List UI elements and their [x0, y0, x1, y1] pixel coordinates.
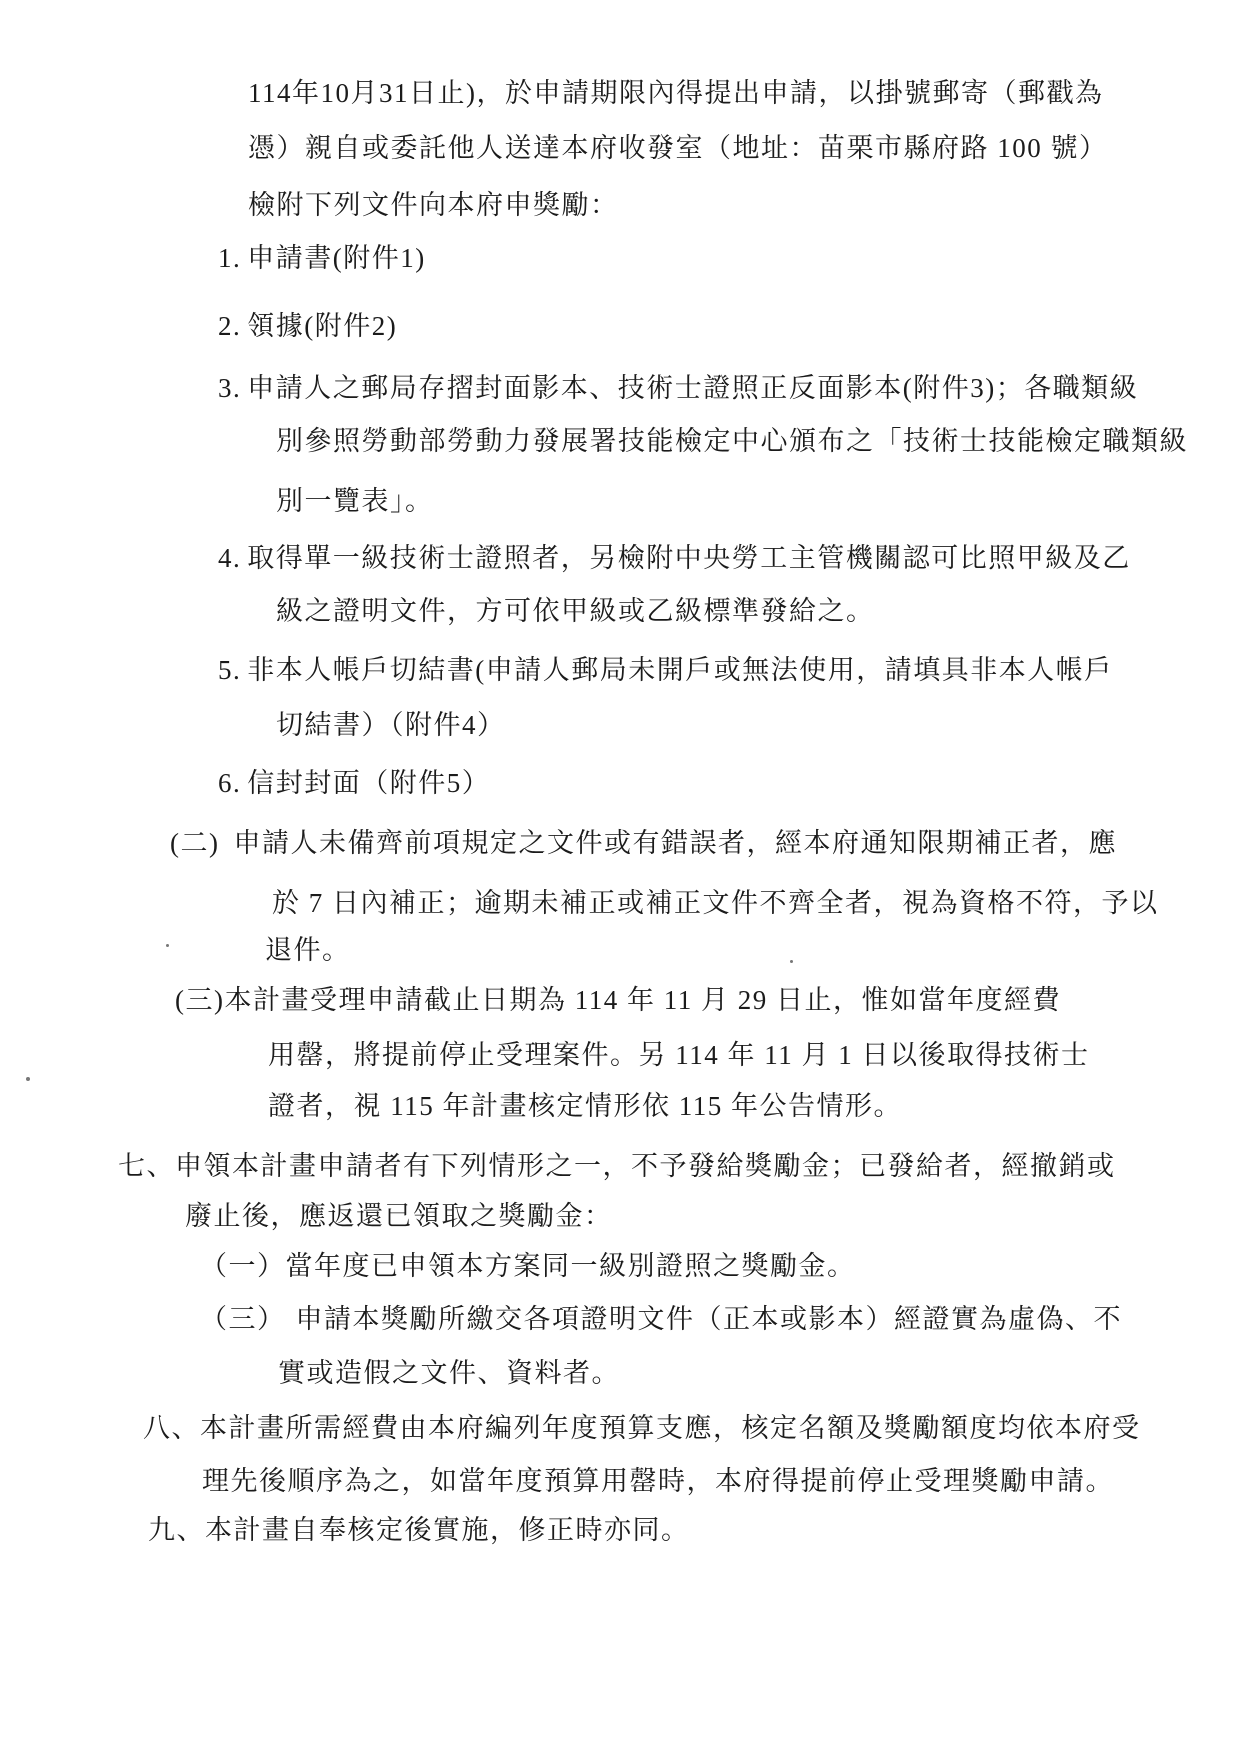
clause-2-text: 申請人未備齊前項規定之文件或有錯誤者，經本府通知限期補正者，應 — [233, 828, 1117, 858]
attachment-1-number: 1. — [218, 240, 241, 276]
section-7-subitem-2: （三）申請本獎勵所繳交各項證明文件（正本或影本）經證實為虛偽、不 — [200, 1301, 1122, 1337]
section-7-subitem-2-text: 申請本獎勵所繳交各項證明文件（正本或影本）經證實為虛偽、不 — [296, 1304, 1123, 1334]
section-7-subitem-1-text: 當年度已申領本方案同一級別證照之獎勵金。 — [286, 1251, 856, 1281]
section-8-line-2: 理先後順序為之，如當年度預算用罄時，本府得提前停止受理獎勵申請。 — [202, 1463, 1114, 1499]
clause-2-line-1: (二)申請人未備齊前項規定之文件或有錯誤者，經本府通知限期補正者，應 — [170, 825, 1117, 861]
section-8-text: 本計畫所需經費由本府編列年度預算支應，核定名額及獎勵額度均依本府受 — [200, 1413, 1141, 1443]
section-9-text: 本計畫自奉核定後實施，修正時亦同。 — [205, 1515, 690, 1545]
section-9-line-1: 九、本計畫自奉核定後實施，修正時亦同。 — [148, 1512, 690, 1548]
section-7-text: 申領本計畫申請者有下列情形之一，不予發給獎勵金；已發給者，經撤銷或 — [175, 1151, 1116, 1181]
attachment-4-line-2: 級之證明文件，方可依甲級或乙級標準發給之。 — [276, 593, 875, 629]
attachment-3-number: 3. — [218, 370, 241, 406]
attachment-1-text: 申請書(附件1) — [247, 243, 425, 273]
attachment-item-3: 3.申請人之郵局存摺封面影本、技術士證照正反面影本(附件3)；各職類級 — [218, 370, 1138, 406]
clause-2-marker: (二) — [170, 825, 219, 861]
clause-3-text: 本計畫受理申請截止日期為 114 年 11 月 29 日止，惟如當年度經費 — [224, 985, 1061, 1015]
section-7-subitem-2-marker: （三） — [200, 1301, 286, 1337]
section-7-line-1: 七、申領本計畫申請者有下列情形之一，不予發給獎勵金；已發給者，經撤銷或 — [118, 1148, 1116, 1184]
attachment-3-line-3: 別一覽表」。 — [276, 483, 434, 519]
clause-3-line-2: 用罄，將提前停止受理案件。另 114 年 11 月 1 日以後取得技術士 — [268, 1037, 1090, 1073]
clause-3-marker: (三) — [175, 982, 224, 1018]
section-7-line-2: 廢止後，應返還已領取之獎勵金： — [185, 1198, 613, 1234]
attachment-4-text: 取得單一級技術士證照者，另檢附中央勞工主管機關認可比照甲級及乙 — [247, 543, 1131, 573]
section-8-marker: 八、 — [143, 1410, 200, 1446]
section-7-marker: 七、 — [118, 1148, 175, 1184]
attachment-6-number: 6. — [218, 765, 241, 801]
clause-2-line-3: 退件。 — [265, 932, 351, 968]
intro-line-2: 憑）親自或委託他人送達本府收發室（地址：苗栗市縣府路 100 號） — [248, 130, 1108, 166]
section-7-subitem-2-line-2: 實或造假之文件、資料者。 — [278, 1355, 620, 1391]
intro-line-3: 檢附下列文件向本府申獎勵： — [248, 187, 619, 223]
section-9-marker: 九、 — [148, 1512, 205, 1548]
clause-3-line-3: 證者，視 115 年計畫核定情形依 115 年公告情形。 — [268, 1088, 902, 1124]
attachment-5-line-2: 切結書）（附件4） — [276, 707, 506, 743]
attachment-5-text: 非本人帳戶切結書(申請人郵局未開戶或無法使用，請填具非本人帳戶 — [247, 655, 1113, 685]
attachment-item-6: 6.信封封面（附件5） — [218, 765, 490, 801]
attachment-item-1: 1.申請書(附件1) — [218, 240, 426, 276]
scanned-document-page: 114年10月31日止)，於申請期限內得提出申請，以掛號郵寄（郵戳為 憑）親自或… — [0, 0, 1241, 1755]
intro-line-1: 114年10月31日止)，於申請期限內得提出申請，以掛號郵寄（郵戳為 — [248, 75, 1104, 111]
section-8-line-1: 八、本計畫所需經費由本府編列年度預算支應，核定名額及獎勵額度均依本府受 — [143, 1410, 1141, 1446]
section-7-subitem-1: （一）當年度已申領本方案同一級別證照之獎勵金。 — [200, 1248, 856, 1284]
attachment-2-number: 2. — [218, 308, 241, 344]
scan-artifact-dot — [26, 1077, 30, 1081]
attachment-6-text: 信封封面（附件5） — [247, 768, 490, 798]
scan-artifact-dot — [790, 960, 793, 963]
attachment-3-line-2: 別參照勞動部勞動力發展署技能檢定中心頒布之「技術士技能檢定職類級 — [276, 423, 1188, 459]
clause-3-line-1: (三)本計畫受理申請截止日期為 114 年 11 月 29 日止，惟如當年度經費 — [175, 982, 1061, 1018]
section-7-subitem-1-marker: （一） — [200, 1248, 286, 1284]
attachment-2-text: 領據(附件2) — [247, 311, 397, 341]
attachment-item-5: 5.非本人帳戶切結書(申請人郵局未開戶或無法使用，請填具非本人帳戶 — [218, 652, 1113, 688]
attachment-item-4: 4.取得單一級技術士證照者，另檢附中央勞工主管機關認可比照甲級及乙 — [218, 540, 1131, 576]
attachment-5-number: 5. — [218, 652, 241, 688]
attachment-item-2: 2.領據(附件2) — [218, 308, 397, 344]
clause-2-line-2: 於 7 日內補正；逾期未補正或補正文件不齊全者，視為資格不符，予以 — [272, 885, 1159, 921]
attachment-3-text: 申請人之郵局存摺封面影本、技術士證照正反面影本(附件3)；各職類級 — [247, 373, 1138, 403]
scan-artifact-dot — [166, 944, 169, 947]
attachment-4-number: 4. — [218, 540, 241, 576]
